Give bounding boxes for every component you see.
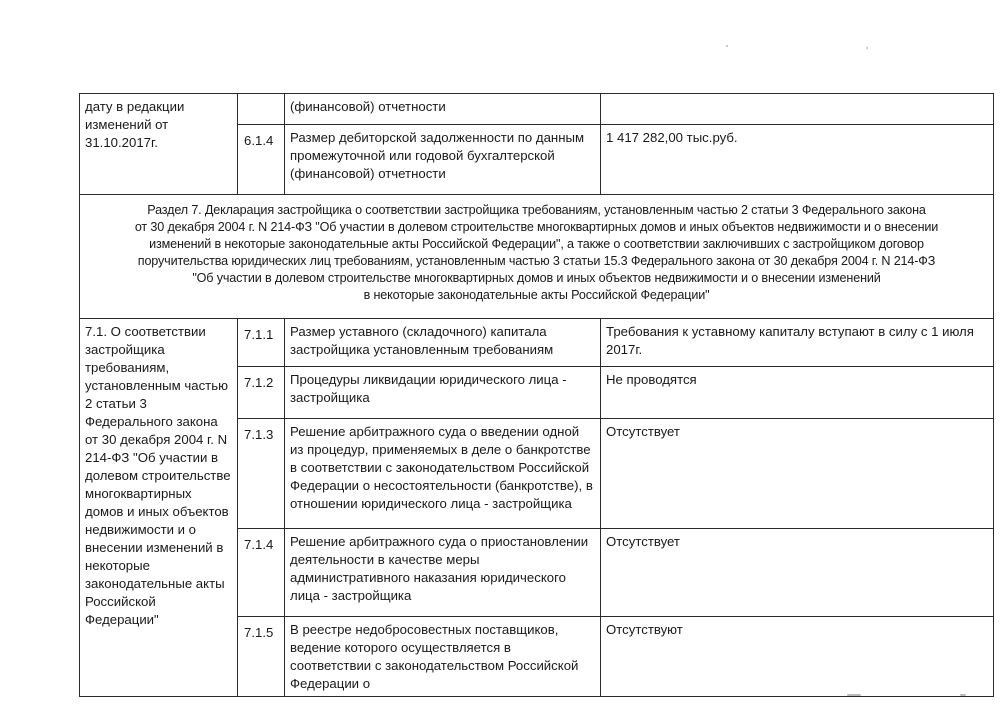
row-value: 1 417 282,00 тыс.руб.: [601, 125, 994, 195]
row-description: Размер дебиторской задолженности по данн…: [285, 125, 601, 195]
row-number: 7.1.4: [238, 529, 285, 617]
row-number: 7.1.3: [238, 419, 285, 529]
section-heading-row: Раздел 7. Декларация застройщика о соотв…: [80, 195, 994, 319]
row-number: 6.1.4: [238, 125, 285, 195]
row-description: Процедуры ликвидации юридического лица -…: [285, 367, 601, 419]
scan-speck: [866, 47, 868, 49]
table-row: 7.1. О соответствии застройщика требован…: [80, 319, 994, 367]
table-row: дату в редакции изменений от 31.10.2017г…: [80, 94, 994, 125]
continued-group-label: дату в редакции изменений от 31.10.2017г…: [80, 94, 238, 195]
scanned-document-page: дату в редакции изменений от 31.10.2017г…: [0, 0, 1000, 709]
section-7-heading: Раздел 7. Декларация застройщика о соотв…: [80, 195, 994, 319]
row-number: 7.1.1: [238, 319, 285, 367]
section-7-1-group-label: 7.1. О соответствии застройщика требован…: [80, 319, 238, 697]
row-number: 7.1.2: [238, 367, 285, 419]
row-number: [238, 94, 285, 125]
row-value: Не проводятся: [601, 367, 994, 419]
row-description: Решение арбитражного суда о приостановле…: [285, 529, 601, 617]
row-value: Отсутствует: [601, 419, 994, 529]
row-value: Требования к уставному капиталу вступают…: [601, 319, 994, 367]
row-value: [601, 94, 994, 125]
row-description: В реестре недобросовестных поставщиков, …: [285, 617, 601, 697]
row-description: Размер уставного (складочного) капитала …: [285, 319, 601, 367]
scan-speck: [960, 694, 966, 696]
row-value: Отсутствует: [601, 529, 994, 617]
row-number: 7.1.5: [238, 617, 285, 697]
row-value: Отсутствуют: [601, 617, 994, 697]
scan-speck: [726, 45, 728, 47]
row-description: Решение арбитражного суда о введении одн…: [285, 419, 601, 529]
row-description: (финансовой) отчетности: [285, 94, 601, 125]
scan-speck: [847, 694, 861, 696]
declaration-table: дату в редакции изменений от 31.10.2017г…: [79, 93, 994, 697]
